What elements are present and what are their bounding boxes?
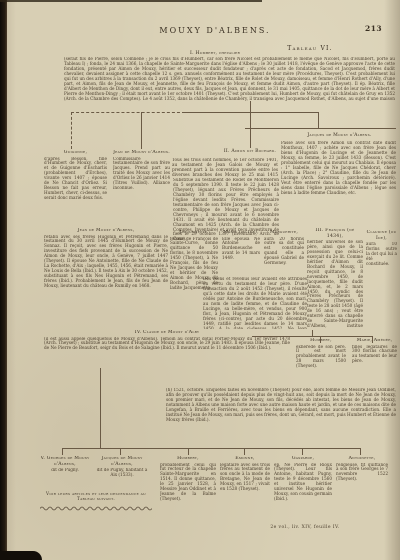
page-number: 213: [365, 24, 382, 33]
entry-marie-name: Marie (ou Ide),: [222, 230, 260, 236]
entry-marie-text: Elle épousa Ne Antoine de Burdeneusche a…: [222, 237, 260, 262]
entry-jean-iii-text: rétabli avec ses frères Hugonin et Pétre…: [44, 235, 168, 289]
entry-humbert-iv-name: Humbert,: [296, 338, 346, 344]
scanned-book-page: MOUXY D'ALBENS. 213 Tableau VI. I. Humbe…: [0, 0, 400, 560]
entry-marie-amedee-name: Marie, Amédée,: [352, 338, 397, 344]
entry-francois-text: héritier universel de son père, ainsi qu…: [307, 240, 363, 328]
entry-claudine-name: Claudine (ou Ide),: [366, 230, 397, 241]
entry-marie-amedee-text: filles légataires de 300 florins chacune…: [352, 345, 397, 365]
entry-jean-iii: Jean de Mouxy d'Albens, rétabli avec ses…: [44, 228, 168, 323]
entry-jacques-ii-name: Jacques de Mouxy d'Albens.: [283, 133, 396, 139]
entry-claude-iv-name: IV. Claude de Mouxy d'Alby: [44, 330, 290, 336]
connector-line: [100, 368, 101, 448]
entry-humbert-v-name: Humbert,: [160, 456, 216, 462]
entry-marguerite-text: aura 20 florins outre sa dot qui est con…: [264, 237, 304, 267]
entry-humbert-iv-text: exhérédé de son père. Il est mort probab…: [296, 345, 346, 370]
entry-georges-v: V. Georges de Mouxy d'Albens, dit de Pug…: [40, 456, 90, 490]
entry-gasparde-name: Gasparde,: [274, 456, 332, 462]
footnote-text: (h) 1521, octobre. Enquêtes faites en no…: [166, 388, 396, 440]
entry-georges-v-text: dit de Pugny.: [40, 468, 90, 473]
connector-line-dashed: [71, 112, 185, 113]
connector-line: [185, 112, 318, 113]
entry-jacques-ii-text: Passe avec son frère Aimon un contrat da…: [281, 141, 396, 241]
entry-claude-iv: IV. Claude de Mouxy d'Alby (il est aussi…: [44, 330, 290, 368]
connector-line: [62, 448, 361, 449]
entry-gasparde: Gasparde, ép. Ne Pierre de Rioux (Theyse…: [274, 456, 332, 518]
entry-humbert-iv: Humbert, exhérédé de son père. Il est mo…: [296, 338, 346, 378]
gen3-shared-note: Des biens et revenus leur avaient été at…: [203, 277, 307, 329]
connector-line: [244, 448, 245, 455]
entry-humbert-v-text: probablement celui qui fut recteur de la…: [160, 463, 216, 503]
entry-humbert-i-heading: I. Humbert, chevalier: [140, 51, 290, 57]
entry-emonne: Émonne, légataire avec ses trois frères …: [220, 456, 270, 518]
entry-jacques-v-text: dit de Pugny, habitant à Aix (1533).: [94, 468, 150, 478]
entry-emonne-text: légataire avec ses trois frères au testa…: [220, 463, 270, 493]
entry-humbert-i-text: (serait fils de Pierre, selon Comnène ; …: [64, 57, 395, 101]
entry-claudine-text: aura 10 florins outre la dot qui lui a é…: [366, 242, 397, 267]
connector-line: [188, 448, 189, 455]
entry-francois-name: III. François (né 1434),: [307, 228, 363, 239]
entry-claude-iv-text: (il est aussi appelé quelquefois de Moux…: [44, 337, 290, 352]
scan-edge-bottom: [0, 551, 42, 560]
connector-line: [360, 448, 361, 455]
entry-marie-amedee: Marie, Amédée, filles légataires de 300 …: [352, 338, 397, 378]
entry-antoinette-name: Antoinette,: [336, 456, 388, 462]
connector-line: [120, 448, 121, 455]
entry-gasparde-text: ép. Ne Pierre de Rioux (Theyset). Leur f…: [274, 463, 332, 503]
entry-jacquemette-name: Jacquemette,: [170, 230, 218, 236]
entry-claudine: Claudine (ou Ide), aura 10 florins outre…: [366, 230, 397, 290]
entry-georges-v-name: V. Georges de Mouxy d'Albens,: [40, 456, 90, 467]
page-title: MOUXY D'ALBENS.: [120, 26, 310, 35]
entry-francois: III. François (né 1434), héritier univer…: [307, 228, 363, 328]
see-next-table-note: Voir leurs articles et leur descendance …: [40, 491, 152, 502]
entry-jean-iii-name: Jean de Mouxy d'Albens,: [44, 228, 168, 234]
connector-line: [62, 448, 63, 455]
entry-marguerite: Marguerite, aura 20 florins outre sa dot…: [264, 230, 304, 274]
entry-jacques-v: Jacques de Mouxy d'Albens, dit de Pugny,…: [94, 456, 150, 490]
entry-humbert-v: Humbert, probablement celui qui fut rect…: [160, 456, 216, 526]
volume-footer: 2e vol., liv. XIV, feuille IV.: [230, 525, 380, 530]
gen2-shared-note: Tous les trois sont nommés, le 1er octob…: [172, 158, 278, 177]
connector-line: [318, 112, 319, 128]
entry-aimon-name: II. Aimon dit Bochard.: [210, 149, 290, 155]
entry-antoinette: Antoinette, religieuse, fit quittance à …: [336, 456, 388, 504]
connector-line: [250, 112, 251, 148]
entry-antoinette-text: religieuse, fit quittance à son frère Ge…: [336, 463, 388, 483]
entry-jean-ii-text: Commissaire testamentaire de son frère J…: [113, 157, 170, 192]
entry-guigonne-text: d'après Besson, fille d'Humbert de Mouxy…: [44, 157, 107, 202]
book-spine-shadow: [0, 0, 7, 560]
scan-edge-top: [0, 0, 262, 2]
entry-jean-ii-name: Jean de Mouxy d'Albens.: [113, 150, 170, 156]
connector-line: [245, 128, 396, 129]
entry-emonne-name: Émonne,: [220, 456, 270, 462]
connector-line: [250, 101, 251, 112]
decorative-squiggle: [40, 505, 152, 512]
connector-line: [141, 112, 142, 149]
connector-line-dashed: [71, 112, 72, 149]
entry-marie: Marie (ou Ide), Elle épousa Ne Antoine d…: [222, 230, 260, 274]
connector-line: [302, 448, 303, 455]
entry-guigonne-name: Guigonne,: [44, 150, 107, 156]
entry-jacques-v-name: Jacques de Mouxy d'Albens,: [94, 456, 150, 467]
entry-marguerite-name: Marguerite,: [264, 230, 304, 236]
